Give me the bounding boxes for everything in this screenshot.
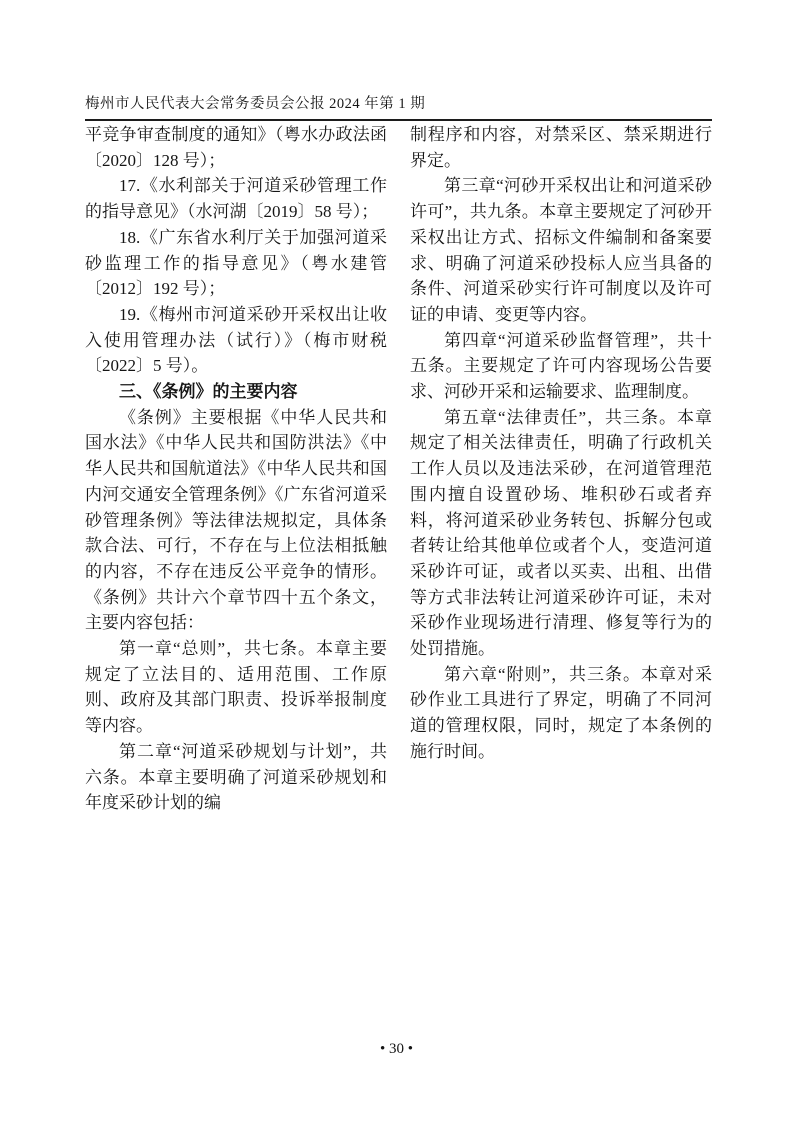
paragraph-overview: 《条例》主要根据《中华人民共和国水法》《中华人民共和国防洪法》《中华人民共和国航… <box>85 405 387 636</box>
paragraph-chapter-4: 第四章“河道采砂监督管理”，共十五条。主要规定了许可内容现场公告要求、河砂开采和… <box>410 328 712 405</box>
column-right: 制程序和内容，对禁采区、禁采期进行界定。 第三章“河砂开采权出让和河道采砂许可”… <box>410 122 712 816</box>
paragraph-chapter-3: 第三章“河砂开采权出让和河道采砂许可”，共九条。本章主要规定了河砂开采权出让方式… <box>410 173 712 327</box>
paragraph-chapter-5: 第五章“法律责任”，共三条。本章规定了相关法律责任，明确了行政机关工作人员以及违… <box>410 405 712 662</box>
column-left: 平竞争审查制度的通知》（粤水办政法函〔2020〕128 号）； 17.《水利部关… <box>85 122 387 816</box>
page-number: • 30 • <box>0 1041 793 1058</box>
document-page: 梅州市人民代表大会常务委员会公报 2024 年第 1 期 平竞争审查制度的通知》… <box>0 0 793 1122</box>
paragraph-chapter-2: 第二章“河道采砂规划与计划”，共六条。本章主要明确了河道采砂规划和年度采砂计划的… <box>85 739 387 816</box>
section-heading: 三、《条例》的主要内容 <box>85 379 387 405</box>
paragraph-chapter-2-continuation: 制程序和内容，对禁采区、禁采期进行界定。 <box>410 122 712 173</box>
paragraph-chapter-6: 第六章“附则”，共三条。本章对采砂作业工具进行了界定，明确了不同河道的管理权限，… <box>410 662 712 765</box>
page-header: 梅州市人民代表大会常务委员会公报 2024 年第 1 期 <box>85 92 712 121</box>
paragraph-item-18: 18.《广东省水利厅关于加强河道采砂监理工作的指导意见》（粤水建管〔2012〕1… <box>85 225 387 302</box>
paragraph-item-19: 19.《梅州市河道采砂开采权出让收入使用管理办法（试行）》（梅市财税〔2022〕… <box>85 302 387 379</box>
paragraph-chapter-1: 第一章“总则”，共七条。本章主要规定了立法目的、适用范围、工作原则、政府及其部门… <box>85 636 387 739</box>
header-title: 梅州市人民代表大会常务委员会公报 2024 年第 1 期 <box>85 96 425 112</box>
paragraph-item-17: 17.《水利部关于河道采砂管理工作的指导意见》（水河湖〔2019〕58 号）； <box>85 173 387 224</box>
page-content: 平竞争审查制度的通知》（粤水办政法函〔2020〕128 号）； 17.《水利部关… <box>85 122 712 816</box>
paragraph-continuation: 平竞争审查制度的通知》（粤水办政法函〔2020〕128 号）； <box>85 122 387 173</box>
